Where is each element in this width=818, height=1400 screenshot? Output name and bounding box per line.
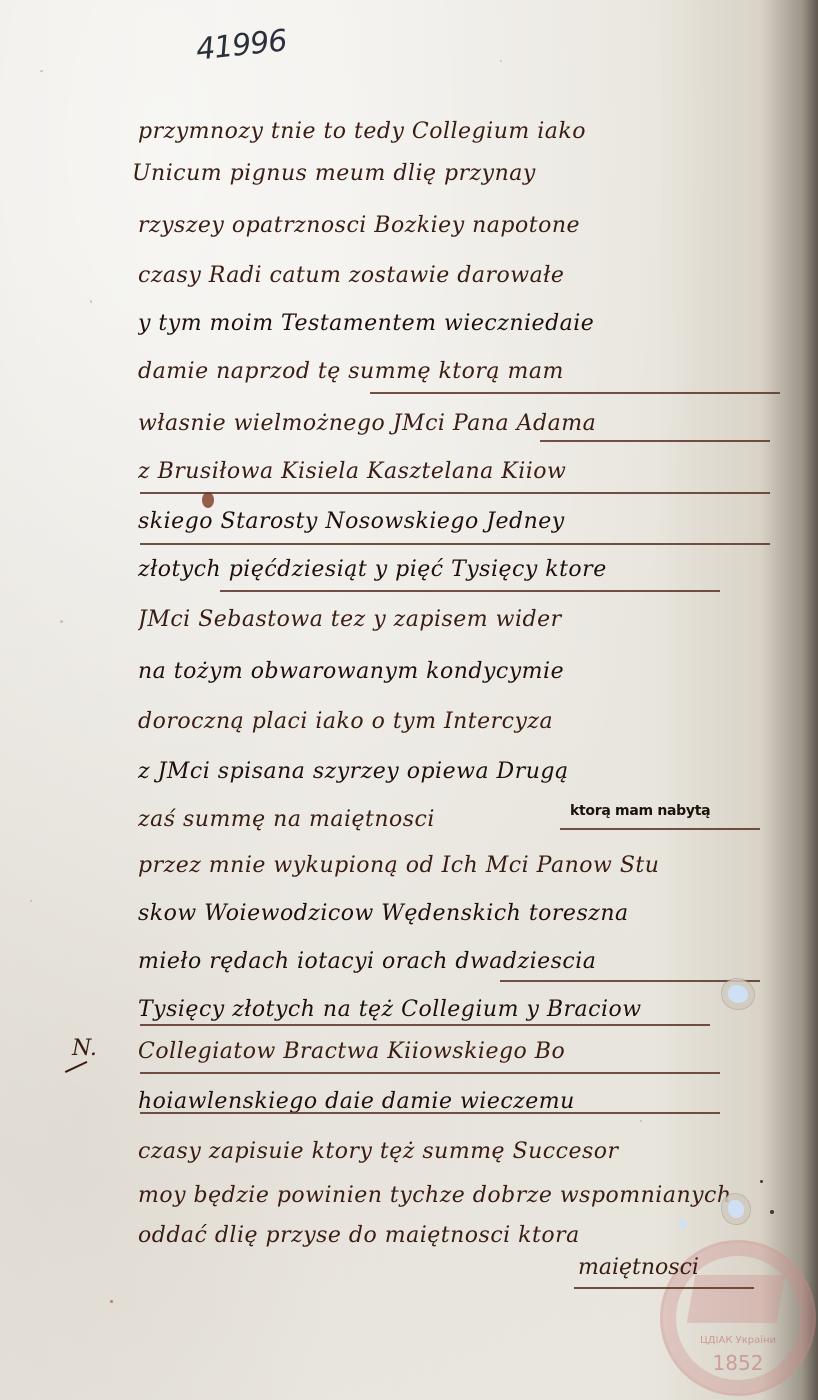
margin-note: N. (72, 1036, 97, 1061)
text-line-13: doroczną placi iako o tym Intercyza (138, 708, 778, 736)
text-line-19: Tysięcy złotych na tęż Collegium y Braci… (138, 996, 778, 1024)
underline (540, 440, 770, 442)
paper-hole (728, 1200, 744, 1218)
catchword: maiętnosci (578, 1255, 699, 1280)
underline (560, 828, 760, 830)
underline (140, 1112, 720, 1114)
underline (140, 543, 770, 545)
text-line-11: JMci Sebastowa tez y zapisem wider (138, 606, 778, 634)
underline (370, 392, 780, 394)
stamp-year: 1852 (663, 1351, 813, 1375)
text-line-16: przez mnie wykupioną od Ich Mci Panow St… (138, 852, 778, 880)
text-line-20: Collegiatow Bractwa Kiiowskiego Bo (138, 1038, 778, 1066)
text-line-5: y tym moim Testamentem wieczniedaie (138, 310, 778, 338)
text-line-7: własnie wielmożnego JMci Pana Adama (138, 410, 778, 438)
text-line-12: na tożym obwarowanym kondycymie (138, 658, 778, 686)
text-line-9: skiego Starosty Nosowskiego Jedney (138, 508, 778, 536)
book-icon (687, 1275, 785, 1323)
text-line-22: czasy zapisuie ktory tęż summę Succesor (138, 1138, 778, 1166)
manuscript-page: 41996 przymnozy tnie to tedy Collegium i… (0, 0, 818, 1400)
underline (574, 1287, 754, 1289)
folio-number: 41996 (194, 23, 288, 67)
text-line-23: moy będzie powinien tychze dobrze wspomn… (138, 1182, 778, 1210)
underline (140, 1024, 710, 1026)
text-line-2: Unicum pignus meum dlię przynay (132, 160, 772, 188)
underline (500, 980, 760, 982)
underline (140, 1072, 720, 1074)
text-line-6: damie naprzod tę summę ktorą mam (138, 358, 778, 386)
text-line-17: skow Woiewodzicow Wędenskich toreszna (138, 900, 778, 928)
underline (140, 492, 770, 494)
underline (220, 590, 720, 592)
text-line-3: rzyszey opatrznosci Bozkiey napotone (138, 212, 778, 240)
paper-hole (679, 1219, 687, 1228)
text-line-10: złotych pięćdziesiąt y pięć Tysięcy ktor… (138, 556, 778, 584)
text-line-14: z JMci spisana szyrzey opiewa Drugą (138, 758, 778, 786)
paper-hole (728, 985, 748, 1003)
text-line-1: przymnozy tnie to tedy Collegium iako (138, 118, 778, 146)
text-line-4: czasy Radi catum zostawie darowałe (138, 262, 778, 290)
inserted-text: ktorą mam nabytą (570, 803, 710, 819)
text-line-8: z Brusiłowa Kisiela Kasztelana Kiiow (138, 458, 778, 486)
text-line-18: mieło rędach iotacyi orach dwadziescia (138, 948, 778, 976)
ink-blot (202, 492, 214, 508)
stamp-label: ЦДІАК України (663, 1335, 813, 1346)
